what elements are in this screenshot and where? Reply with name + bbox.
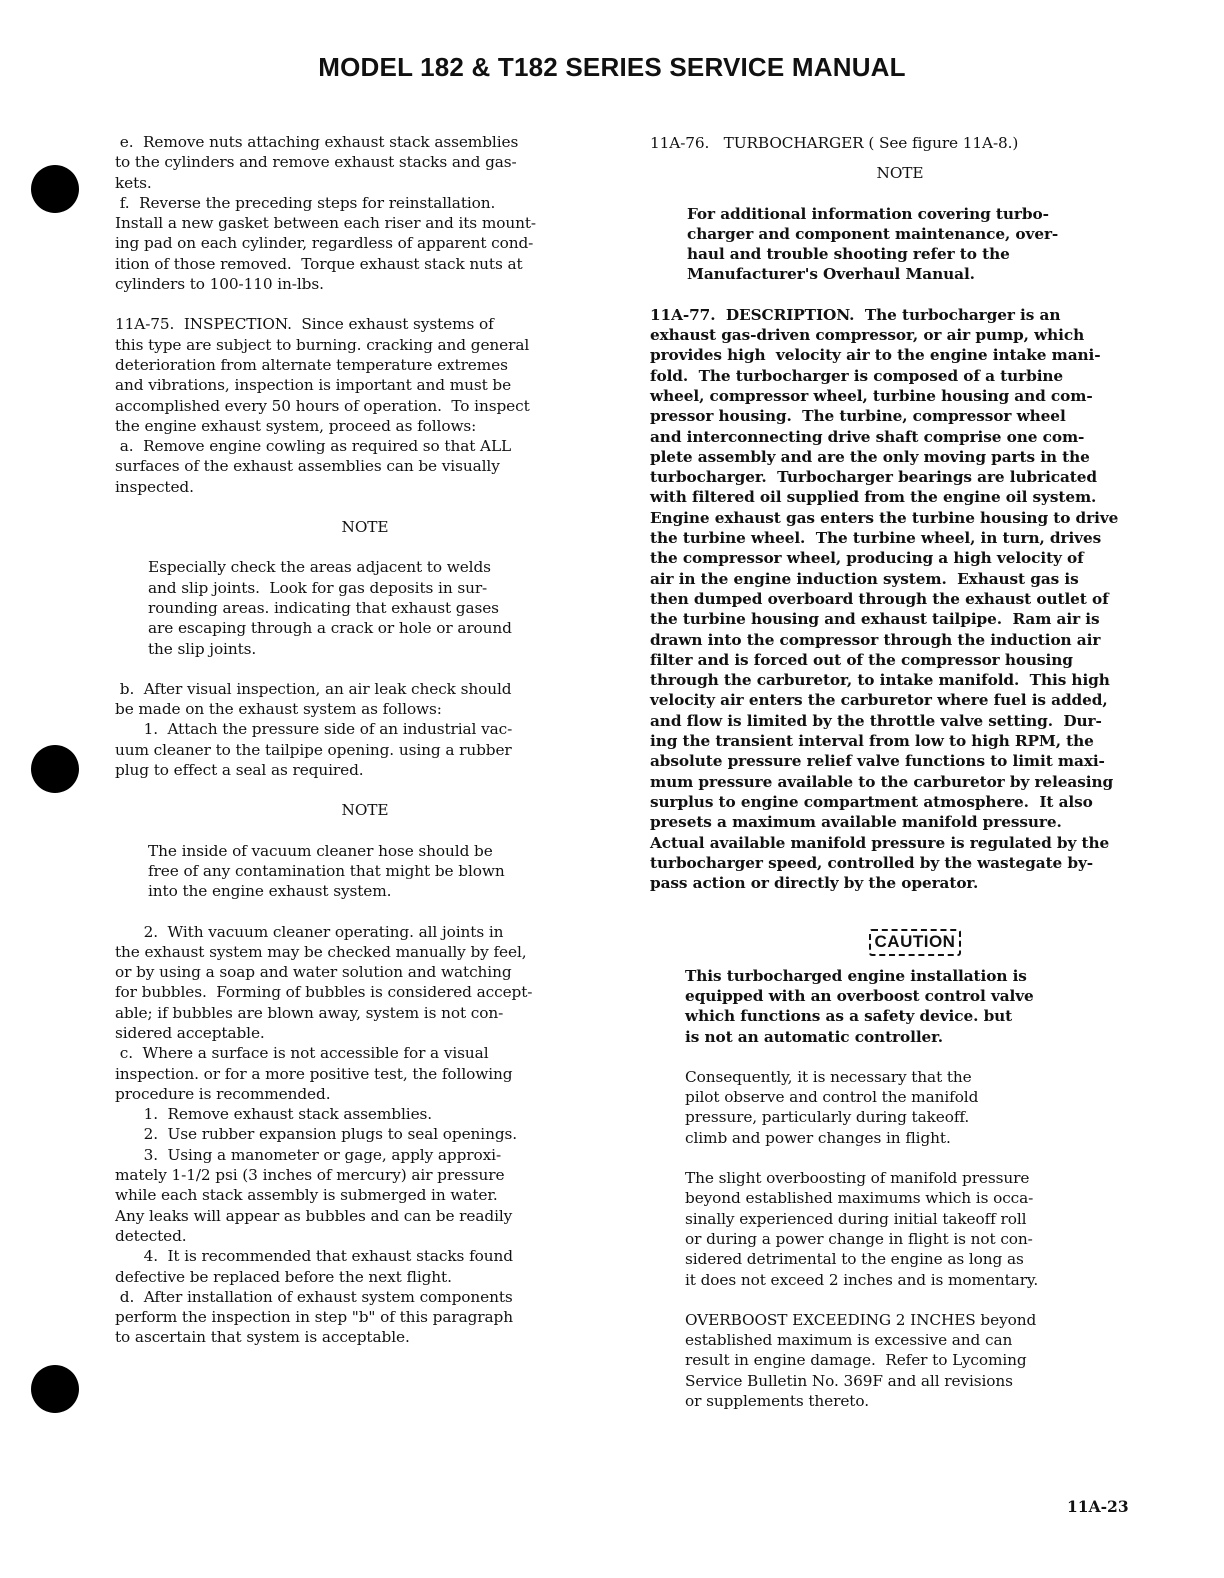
caution-paragraph: The slight overboosting of manifold pres…: [685, 1168, 1150, 1290]
text-line: to ascertain that system is acceptable.: [115, 1327, 615, 1347]
text-line: able; if bubbles are blown away, system …: [115, 1003, 615, 1023]
text-line: established maximum is excessive and can: [685, 1330, 1150, 1350]
description-paragraph: 11A-77. DESCRIPTION. The turbocharger is…: [650, 305, 1150, 894]
note-body: The inside of vacuum cleaner hose should…: [115, 841, 615, 902]
text-line: uum cleaner to the tailpipe opening. usi…: [115, 740, 615, 760]
text-line: and vibrations, inspection is important …: [115, 375, 615, 395]
text-line: 1. Attach the pressure side of an indust…: [115, 719, 615, 739]
text-line: plete assembly and are the only moving p…: [650, 447, 1150, 467]
text-line: The inside of vacuum cleaner hose should…: [148, 841, 615, 861]
text-line: The slight overboosting of manifold pres…: [685, 1168, 1150, 1188]
binder-hole-icon: [31, 745, 79, 793]
note-body: Especially check the areas adjacent to w…: [115, 557, 615, 658]
text-line: kets.: [115, 173, 615, 193]
text-line: defective be replaced before the next fl…: [115, 1267, 615, 1287]
text-line: or supplements thereto.: [685, 1391, 1150, 1411]
text-line: This turbocharged engine installation is: [685, 966, 1150, 986]
text-line: f. Reverse the preceding steps for reins…: [115, 193, 615, 213]
text-line: d. After installation of exhaust system …: [115, 1287, 615, 1307]
text-line: drawn into the compressor through the in…: [650, 630, 1150, 650]
text-line: is not an automatic controller.: [685, 1027, 1150, 1047]
text-line: provides high velocity air to the engine…: [650, 345, 1150, 365]
text-line: pressor housing. The turbine, compressor…: [650, 406, 1150, 426]
inspection-paragraph: 11A-75. INSPECTION. Since exhaust system…: [115, 314, 615, 497]
text-line: Any leaks will appear as bubbles and can…: [115, 1206, 615, 1226]
page-number: 11A-23: [1067, 1497, 1129, 1516]
text-line: Manufacturer's Overhaul Manual.: [687, 264, 1150, 284]
text-line: procedure is recommended.: [115, 1084, 615, 1104]
step-f: f. Reverse the preceding steps for reins…: [115, 193, 615, 294]
text-line: the turbine wheel. The turbine wheel, in…: [650, 528, 1150, 548]
text-line: Especially check the areas adjacent to w…: [148, 557, 615, 577]
text-line: or by using a soap and water solution an…: [115, 962, 615, 982]
text-line: 2. With vacuum cleaner operating. all jo…: [115, 922, 615, 942]
caution-body: This turbocharged engine installation is…: [650, 966, 1150, 1412]
text-line: with filtered oil supplied from the engi…: [650, 487, 1150, 507]
text-line: and slip joints. Look for gas deposits i…: [148, 578, 615, 598]
text-line: pilot observe and control the manifold: [685, 1087, 1150, 1107]
text-line: mately 1-1/2 psi (3 inches of mercury) a…: [115, 1165, 615, 1185]
text-line: 4. It is recommended that exhaust stacks…: [115, 1246, 615, 1266]
text-line: turbocharger speed, controlled by the wa…: [650, 853, 1150, 873]
text-line: result in engine damage. Refer to Lycomi…: [685, 1350, 1150, 1370]
step-e: e. Remove nuts attaching exhaust stack a…: [115, 132, 615, 193]
text-line: Service Bulletin No. 369F and all revisi…: [685, 1371, 1150, 1391]
caution-paragraph: Consequently, it is necessary that thepi…: [685, 1067, 1150, 1148]
text-line: sinally experienced during initial takeo…: [685, 1209, 1150, 1229]
text-line: b. After visual inspection, an air leak …: [115, 679, 615, 699]
text-line: exhaust gas-driven compressor, or air pu…: [650, 325, 1150, 345]
text-line: presets a maximum available manifold pre…: [650, 812, 1150, 832]
text-line: which functions as a safety device. but: [685, 1006, 1150, 1026]
text-line: fold. The turbocharger is composed of a …: [650, 366, 1150, 386]
text-line: e. Remove nuts attaching exhaust stack a…: [115, 132, 615, 152]
text-line: this type are subject to burning. cracki…: [115, 335, 615, 355]
text-line: are escaping through a crack or hole or …: [148, 618, 615, 638]
steps-b2-c-d: 2. With vacuum cleaner operating. all jo…: [115, 922, 615, 1348]
text-line: 11A-75. INSPECTION. Since exhaust system…: [115, 314, 615, 334]
text-line: perform the inspection in step "b" of th…: [115, 1307, 615, 1327]
text-line: it does not exceed 2 inches and is momen…: [685, 1270, 1150, 1290]
text-line: through the carburetor, to intake manifo…: [650, 670, 1150, 690]
text-line: ing the transient interval from low to h…: [650, 731, 1150, 751]
text-line: 1. Remove exhaust stack assemblies.: [115, 1104, 615, 1124]
note-heading: NOTE: [115, 517, 615, 537]
text-line: ing pad on each cylinder, regardless of …: [115, 233, 615, 253]
binder-hole-icon: [31, 165, 79, 213]
text-line: the engine exhaust system, proceed as fo…: [115, 416, 615, 436]
left-column: e. Remove nuts attaching exhaust stack a…: [115, 132, 615, 1348]
text-line: rounding areas. indicating that exhaust …: [148, 598, 615, 618]
caution-paragraph: OVERBOOST EXCEEDING 2 INCHES beyondestab…: [685, 1310, 1150, 1411]
text-line: inspected.: [115, 477, 615, 497]
text-line: charger and component maintenance, over-: [687, 224, 1150, 244]
text-line: haul and trouble shooting refer to the: [687, 244, 1150, 264]
step-b: b. After visual inspection, an air leak …: [115, 679, 615, 780]
text-line: mum pressure available to the carburetor…: [650, 772, 1150, 792]
binder-hole-icon: [31, 1365, 79, 1413]
text-line: the compressor wheel, producing a high v…: [650, 548, 1150, 568]
text-line: accomplished every 50 hours of operation…: [115, 396, 615, 416]
text-line: 3. Using a manometer or gage, apply appr…: [115, 1145, 615, 1165]
text-line: pass action or directly by the operator.: [650, 873, 1150, 893]
text-line: plug to effect a seal as required.: [115, 760, 615, 780]
text-line: while each stack assembly is submerged i…: [115, 1185, 615, 1205]
text-line: to the cylinders and remove exhaust stac…: [115, 152, 615, 172]
text-line: the turbine housing and exhaust tailpipe…: [650, 609, 1150, 629]
text-line: filter and is forced out of the compress…: [650, 650, 1150, 670]
text-line: for bubbles. Forming of bubbles is consi…: [115, 982, 615, 1002]
text-line: cylinders to 100-110 in-lbs.: [115, 274, 615, 294]
text-line: sidered detrimental to the engine as lon…: [685, 1249, 1150, 1269]
text-line: free of any contamination that might be …: [148, 861, 615, 881]
text-line: or during a power change in flight is no…: [685, 1229, 1150, 1249]
caution-badge: CAUTION: [869, 929, 962, 955]
text-line: and flow is limited by the throttle valv…: [650, 711, 1150, 731]
text-line: 11A-77. DESCRIPTION. The turbocharger is…: [650, 305, 1150, 325]
text-line: c. Where a surface is not accessible for…: [115, 1043, 615, 1063]
right-column: 11A-76. TURBOCHARGER ( See figure 11A-8.…: [650, 133, 1150, 1411]
caution-paragraph: This turbocharged engine installation is…: [685, 966, 1150, 1047]
text-line: Actual available manifold pressure is re…: [650, 833, 1150, 853]
text-line: Engine exhaust gas enters the turbine ho…: [650, 508, 1150, 528]
text-line: inspection. or for a more positive test,…: [115, 1064, 615, 1084]
page-header-title: MODEL 182 & T182 SERIES SERVICE MANUAL: [0, 52, 1224, 83]
text-line: 2. Use rubber expansion plugs to seal op…: [115, 1124, 615, 1144]
text-line: climb and power changes in flight.: [685, 1128, 1150, 1148]
text-line: turbocharger. Turbocharger bearings are …: [650, 467, 1150, 487]
text-line: and interconnecting drive shaft comprise…: [650, 427, 1150, 447]
text-line: wheel, compressor wheel, turbine housing…: [650, 386, 1150, 406]
text-line: Consequently, it is necessary that the: [685, 1067, 1150, 1087]
text-line: OVERBOOST EXCEEDING 2 INCHES beyond: [685, 1310, 1150, 1330]
text-line: a. Remove engine cowling as required so …: [115, 436, 615, 456]
text-line: surfaces of the exhaust assemblies can b…: [115, 456, 615, 476]
text-line: into the engine exhaust system.: [148, 881, 615, 901]
text-line: sidered acceptable.: [115, 1023, 615, 1043]
text-line: the exhaust system may be checked manual…: [115, 942, 615, 962]
note-heading: NOTE: [115, 800, 615, 820]
text-line: ition of those removed. Torque exhaust s…: [115, 254, 615, 274]
note-heading: NOTE: [650, 163, 1150, 183]
note-body: For additional information covering turb…: [650, 204, 1150, 285]
text-line: pressure, particularly during takeoff.: [685, 1107, 1150, 1127]
turbocharger-heading: 11A-76. TURBOCHARGER ( See figure 11A-8.…: [650, 133, 1150, 153]
text-line: air in the engine induction system. Exha…: [650, 569, 1150, 589]
text-line: be made on the exhaust system as follows…: [115, 699, 615, 719]
text-line: the slip joints.: [148, 639, 615, 659]
text-line: absolute pressure relief valve functions…: [650, 751, 1150, 771]
text-line: Install a new gasket between each riser …: [115, 213, 615, 233]
text-line: surplus to engine compartment atmosphere…: [650, 792, 1150, 812]
text-line: detected.: [115, 1226, 615, 1246]
text-line: then dumped overboard through the exhaus…: [650, 589, 1150, 609]
text-line: beyond established maximums which is occ…: [685, 1188, 1150, 1208]
text-line: For additional information covering turb…: [687, 204, 1150, 224]
text-line: equipped with an overboost control valve: [685, 986, 1150, 1006]
text-line: deterioration from alternate temperature…: [115, 355, 615, 375]
text-line: velocity air enters the carburetor where…: [650, 690, 1150, 710]
